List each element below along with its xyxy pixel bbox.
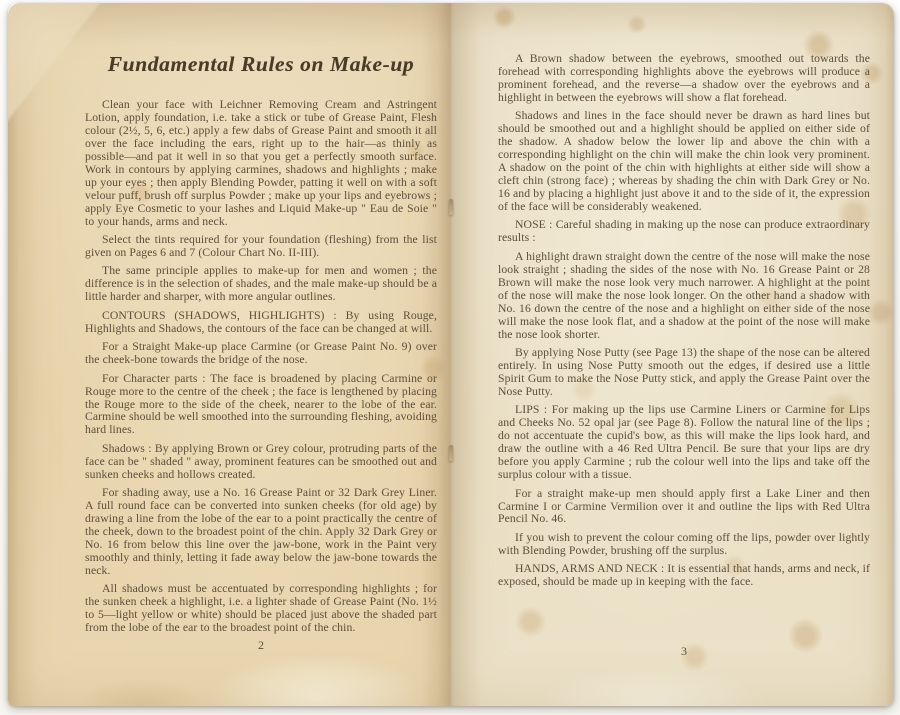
staple-icon [449, 199, 453, 215]
left-page: Fundamental Rules on Make-up Clean your … [8, 3, 451, 706]
paragraph: Select the tints required for your found… [85, 234, 437, 260]
right-page-content: A Brown shadow between the eyebrows, smo… [498, 53, 870, 595]
paragraph: Shadows : By applying Brown or Grey colo… [85, 443, 437, 482]
paragraph: Clean your face with Leichner Removing C… [85, 99, 437, 229]
paragraph: Shadows and lines in the face should nev… [498, 110, 870, 214]
paragraph: By applying Nose Putty (see Page 13) the… [498, 347, 870, 399]
paragraph-hands-heading: HANDS, ARMS AND NECK : It is essential t… [498, 563, 870, 589]
page-number-right: 3 [498, 644, 870, 659]
paragraph-contours-heading: CONTOURS (SHADOWS, HIGHLIGHTS) : By usin… [85, 310, 437, 336]
paragraph: For a Straight Make-up place Carmine (or… [85, 341, 437, 367]
paragraph: A highlight drawn straight down the cent… [498, 251, 870, 342]
paragraph: For Character parts : The face is broade… [85, 373, 437, 438]
left-page-content: Fundamental Rules on Make-up Clean your … [85, 45, 437, 641]
paragraph-lips-heading: LIPS : For making up the lips use Carmin… [498, 404, 870, 482]
paragraph-nose-heading: NOSE : Careful shading in making up the … [498, 219, 870, 245]
paragraph: All shadows must be accentuated by corre… [85, 583, 437, 635]
booklet-spread: Fundamental Rules on Make-up Clean your … [8, 3, 894, 706]
staple-icon [449, 445, 453, 461]
paragraph: The same principle applies to make-up fo… [85, 265, 437, 304]
right-page: A Brown shadow between the eyebrows, smo… [451, 3, 894, 706]
page-number-left: 2 [85, 638, 437, 653]
paragraph: For shading away, use a No. 16 Grease Pa… [85, 487, 437, 578]
photo-backdrop: Fundamental Rules on Make-up Clean your … [0, 0, 900, 715]
paragraph: For a straight make-up men should apply … [498, 488, 870, 527]
paragraph: A Brown shadow between the eyebrows, smo… [498, 53, 870, 105]
page-title: Fundamental Rules on Make-up [85, 51, 437, 77]
paragraph: If you wish to prevent the colour coming… [498, 532, 870, 558]
